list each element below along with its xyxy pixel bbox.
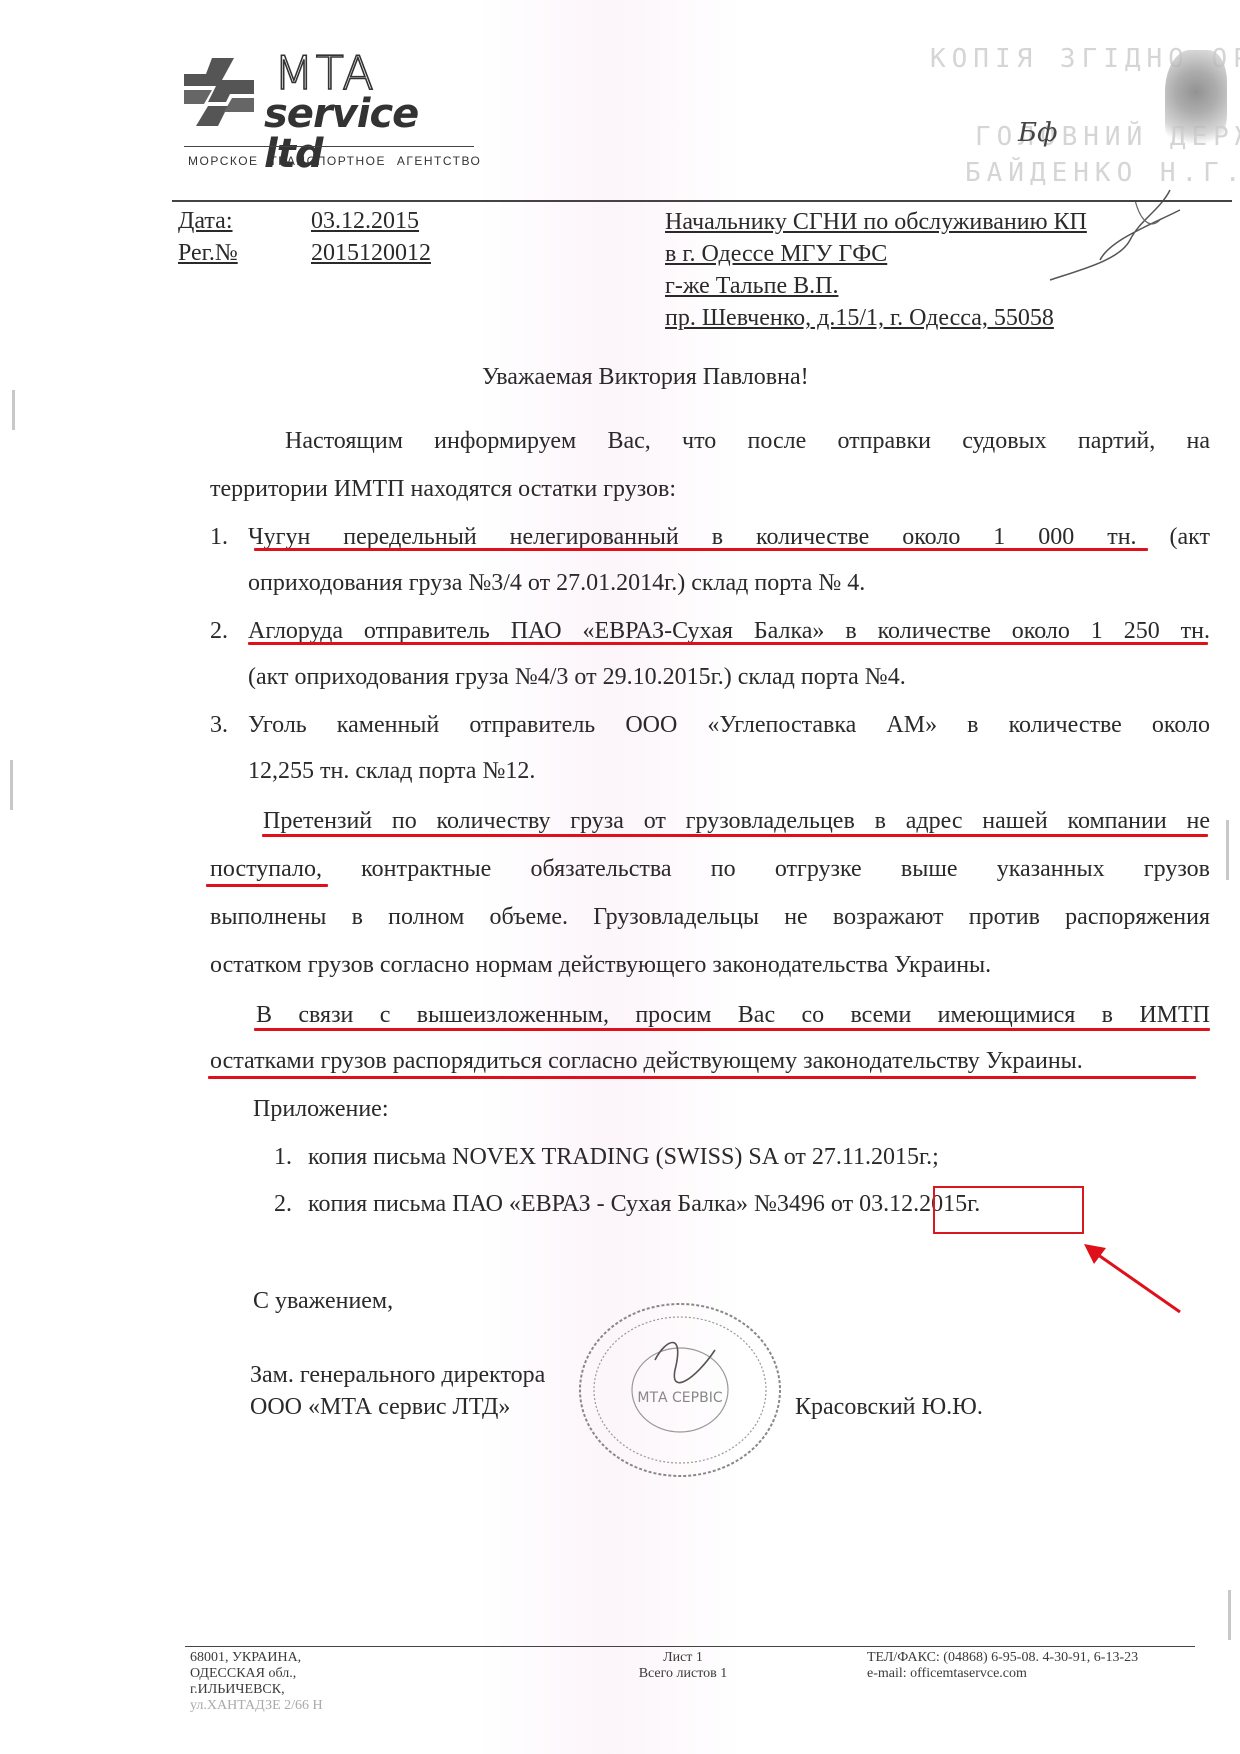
sheet-number: Лист 1 — [608, 1650, 758, 1666]
date-value: 03.12.2015 — [311, 205, 419, 237]
signatory-company: ООО «МТА сервис ЛТД» — [250, 1394, 510, 1421]
attachment-number: 1. — [274, 1142, 292, 1172]
highlight-underline — [254, 1028, 1210, 1031]
addressee-line: Начальнику СГНИ по обслуживанию КП — [665, 206, 1087, 238]
red-arrow-icon — [1080, 1240, 1190, 1320]
anchor-cross-logo-icon — [182, 56, 256, 128]
attachments-label: Приложение: — [253, 1094, 388, 1124]
corner-emblem-icon — [1165, 50, 1227, 155]
logo-brand-top: MTA — [274, 50, 376, 96]
scan-edge-mark — [10, 760, 13, 810]
claims-line: выполнены в полном объеме. Грузовладельц… — [210, 902, 1210, 932]
signatory-name: Красовский Ю.Ю. — [795, 1394, 983, 1421]
company-seal-icon: МТА СЕРВІС — [575, 1300, 785, 1480]
footer-phone: ТЕЛ/ФАКС: (04868) 6-95-08. 4-30-91, 6-13… — [867, 1650, 1138, 1666]
claims-line: остатком грузов согласно нормам действую… — [210, 950, 991, 980]
addressee-block: Начальнику СГНИ по обслуживанию КП в г. … — [665, 206, 1087, 334]
claims-line: поступало, контрактные обязательства по … — [210, 854, 1210, 884]
logo-rule — [184, 146, 474, 147]
list-number: 1. — [210, 522, 228, 552]
list-item-line: Уголь каменный отправитель ООО «Углепост… — [248, 710, 1210, 740]
list-item-line: оприходования груза №3/4 от 27.01.2014г.… — [248, 568, 865, 598]
request-line: В связи с вышеизложенным, просим Вас со … — [256, 1000, 1210, 1030]
list-number: 2. — [210, 616, 228, 646]
date-label: Дата: — [178, 205, 233, 237]
footer-sheet-info: Лист 1 Всего листов 1 — [608, 1650, 758, 1682]
footer-contacts: ТЕЛ/ФАКС: (04868) 6-95-08. 4-30-91, 6-13… — [867, 1650, 1138, 1682]
logo-tagline: МОРСКОЕ ТРАНСПОРТНОЕ АГЕНТСТВО — [188, 154, 481, 168]
sheet-total: Всего листов 1 — [608, 1666, 758, 1682]
signatory-position: Зам. генерального директора — [250, 1362, 545, 1389]
attachment-item: копия письма ПАО «ЕВРАЗ - Сухая Балка» №… — [308, 1189, 980, 1219]
intro-line: территории ИМТП находятся остатки грузов… — [210, 474, 676, 504]
footer-address-line: ул.ХАНТАДЗЕ 2/66 Н — [190, 1698, 323, 1714]
list-item-line: 12,255 тн. склад порта №12. — [248, 756, 535, 786]
reg-label: Рег.№ — [178, 237, 238, 269]
claims-line: Претензий по количеству груза от грузовл… — [263, 806, 1210, 836]
footer-address-line: 68001, УКРАИНА, — [190, 1650, 323, 1666]
scan-edge-mark — [1228, 1590, 1231, 1640]
scan-edge-mark — [1226, 820, 1229, 880]
highlight-underline — [206, 884, 328, 887]
highlight-underline — [262, 834, 1208, 837]
svg-text:МТА СЕРВІС: МТА СЕРВІС — [637, 1390, 722, 1406]
footer-address-line: ОДЕССКАЯ обл., — [190, 1666, 323, 1682]
reg-value: 2015120012 — [311, 237, 431, 269]
addressee-line: г-же Тальпе В.П. — [665, 270, 1087, 302]
list-number: 3. — [210, 710, 228, 740]
footer-address-line: г.ИЛЬИЧЕВСК, — [190, 1682, 323, 1698]
footer-address: 68001, УКРАИНА, ОДЕССКАЯ обл., г.ИЛЬИЧЕВ… — [190, 1650, 323, 1714]
header-rule — [172, 200, 1232, 202]
regards: С уважением, — [253, 1288, 393, 1315]
highlight-underline — [254, 548, 1148, 551]
highlight-underline — [248, 642, 1208, 645]
footer-email: e-mail: officemtaservce.com — [867, 1666, 1138, 1682]
list-item-line: (акт оприходования груза №4/3 от 29.10.2… — [248, 662, 906, 692]
handwritten-initials: Бф — [1018, 118, 1057, 148]
salutation: Уважаемая Виктория Павловна! — [482, 364, 809, 391]
request-line: остатками грузов распорядиться согласно … — [210, 1046, 1083, 1076]
addressee-line: в г. Одессе МГУ ГФС — [665, 238, 1087, 270]
footer-rule — [185, 1646, 1195, 1647]
addressee-line: пр. Шевченко, д.15/1, г. Одесса, 55058 — [665, 302, 1087, 334]
attachment-number: 2. — [274, 1189, 292, 1219]
highlight-box — [933, 1186, 1084, 1234]
highlight-underline — [208, 1076, 1196, 1079]
scan-edge-mark — [12, 390, 15, 430]
attachment-item-text: копия письма ПАО «ЕВРАЗ - Сухая Балка» №… — [308, 1191, 859, 1217]
attachment-item: копия письма NOVEX TRADING (SWISS) SA от… — [308, 1142, 939, 1172]
intro-line: Настоящим информируем Вас, что после отп… — [285, 426, 1210, 456]
company-logo: MTA service ltd МОРСКОЕ ТРАНСПОРТНОЕ АГЕ… — [178, 50, 478, 160]
